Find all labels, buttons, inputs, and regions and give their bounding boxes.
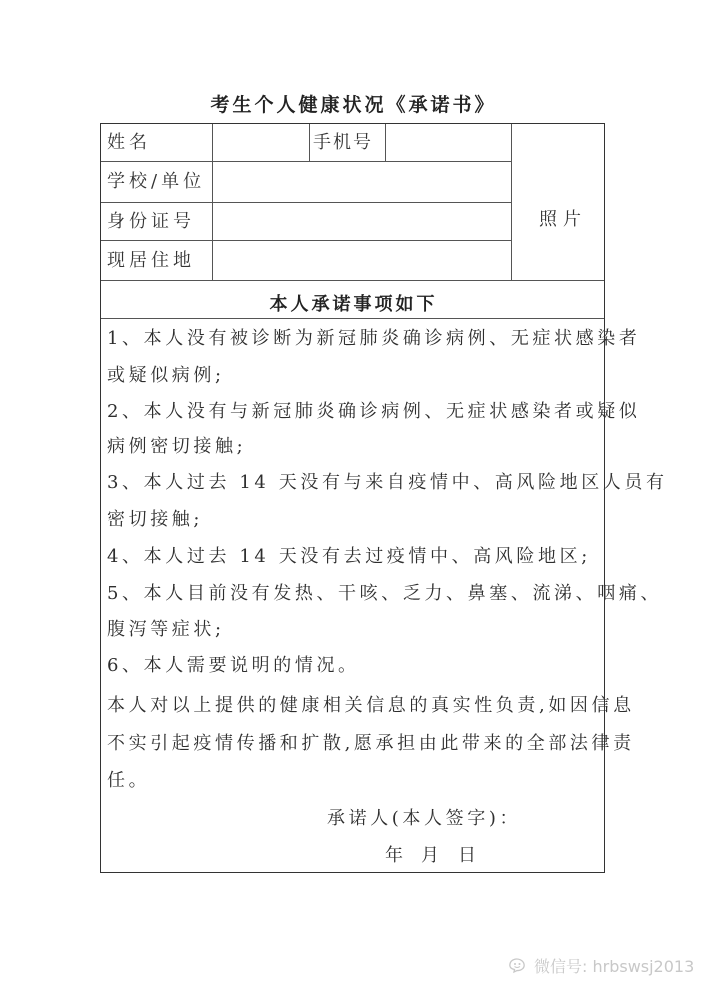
address-label: 现居住地 — [107, 249, 195, 273]
commitments-header: 本人承诺事项如下 — [101, 290, 606, 316]
commitment-form-table: 姓名 手机号 学校/单位 身份证号 现居住地 照片 本人承诺事项如下 1、本人没… — [100, 123, 605, 873]
commitment-line: 2、本人没有与新冠肺炎确诊病例、无症状感染者或疑似 — [107, 400, 640, 424]
id-number-label: 身份证号 — [107, 210, 195, 234]
phone-label: 手机号 — [313, 131, 373, 155]
commitment-line: 病例密切接触; — [107, 435, 246, 459]
commitment-line: 3、本人过去 14 天没有与来自疫情中、高风险地区人员有 — [107, 471, 668, 495]
commitment-line: 4、本人过去 14 天没有去过疫情中、高风险地区; — [107, 545, 591, 569]
date-month-label: 月 — [421, 844, 443, 868]
school-field[interactable] — [213, 162, 511, 202]
column-divider — [309, 124, 310, 161]
commitment-line: 腹泻等症状; — [107, 618, 225, 642]
commitment-line: 或疑似病例; — [107, 364, 225, 388]
date-day-label: 日 — [458, 844, 480, 868]
declaration-line: 本人对以上提供的健康相关信息的真实性负责,如因信息 — [107, 694, 635, 718]
signature-label: 承诺人(本人签字)： — [327, 807, 521, 831]
commitment-line: 1、本人没有被诊断为新冠肺炎确诊病例、无症状感染者 — [107, 327, 640, 351]
commitment-line: 6、本人需要说明的情况。 — [107, 654, 360, 678]
name-field[interactable] — [213, 124, 309, 161]
school-label: 学校/单位 — [107, 170, 205, 194]
signature-field[interactable] — [501, 804, 591, 834]
address-field[interactable] — [213, 241, 511, 280]
row-divider — [101, 318, 604, 319]
wechat-icon — [508, 957, 530, 975]
id-number-field[interactable] — [213, 203, 511, 240]
document-title: 考生个人健康状况《承诺书》 — [0, 90, 707, 117]
commitment-line: 密切接触; — [107, 508, 203, 532]
date-year-label: 年 — [385, 844, 407, 868]
column-divider — [511, 124, 512, 280]
phone-field[interactable] — [386, 124, 511, 161]
photo-placeholder: 照片 — [539, 208, 587, 232]
commitment-line: 5、本人目前没有发热、干咳、乏力、鼻塞、流涕、咽痛、 — [107, 582, 662, 606]
row-divider — [101, 280, 604, 281]
wechat-watermark: 微信号: hrbswsj2013 — [508, 954, 694, 977]
declaration-line: 任。 — [107, 769, 150, 793]
name-label: 姓名 — [107, 131, 151, 155]
declaration-line: 不实引起疫情传播和扩散,愿承担由此带来的全部法律责 — [107, 732, 635, 756]
watermark-text: 微信号: hrbswsj2013 — [534, 954, 694, 977]
